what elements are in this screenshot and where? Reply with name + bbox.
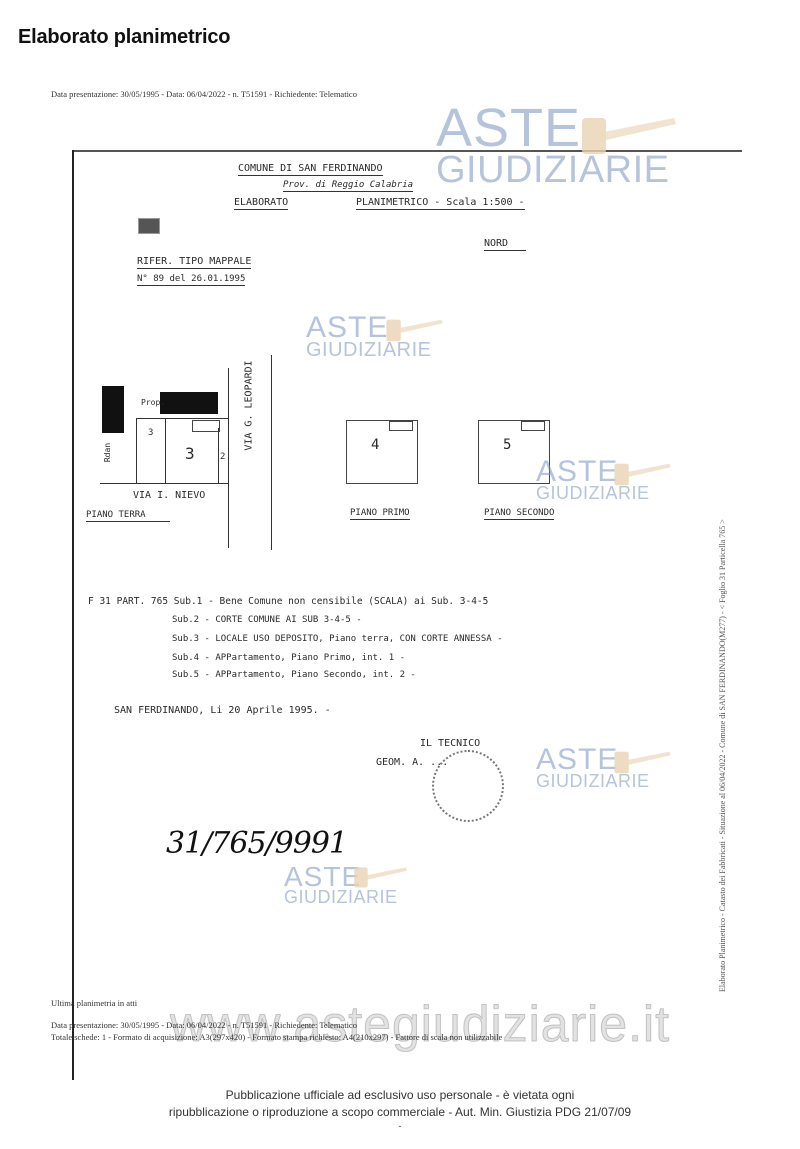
stairs-icon (521, 421, 545, 431)
provincia-line: Prov. di Reggio Calabria (283, 180, 413, 192)
page-title: Elaborato planimetrico (18, 26, 230, 49)
legend-sub3: Sub.3 - LOCALE USO DEPOSITO, Piano terra… (172, 634, 503, 644)
unit-5: 5 (503, 437, 511, 453)
comune-title: COMUNE DI SAN FERDINANDO (238, 163, 383, 176)
neighbor-block-left (102, 386, 124, 433)
side-caption: Elaborato Planimetrico - Catasto dei Fab… (718, 519, 727, 992)
via-leopardi-label: VIA G. LEOPARDI (244, 360, 255, 450)
first-floor-plan: 4 (346, 420, 418, 484)
label-rdan: Rdan (103, 443, 112, 462)
stamp-icon (138, 218, 160, 234)
footer-line-1: Pubblicazione ufficiale ad esclusivo uso… (0, 1087, 800, 1104)
unit-small-2: 2 (220, 452, 225, 462)
unit-small-3: 3 (148, 428, 153, 438)
gavel-icon (352, 864, 408, 892)
plan-line (136, 418, 228, 419)
street-line (271, 355, 272, 550)
header-info-line: Data presentazione: 30/05/1995 - Data: 0… (51, 89, 357, 99)
legend-sub4: Sub.4 - APPartamento, Piano Primo, int. … (172, 653, 405, 663)
place-date: SAN FERDINANDO, Li 20 Aprile 1995. - (114, 705, 331, 716)
tecnico-title: IL TECNICO (420, 738, 480, 749)
bottom-info-line-2: Totale schede: 1 - Formato di acquisizio… (51, 1032, 502, 1042)
frame-left-border (72, 150, 74, 1080)
neighbor-block-top (160, 392, 218, 414)
legend-sub2: Sub.2 - CORTE COMUNE AI SUB 3-4-5 - (172, 615, 362, 625)
gavel-icon (612, 748, 672, 778)
stairs-icon (192, 420, 220, 432)
stamp-seal (432, 750, 504, 822)
gavel-icon (384, 316, 444, 346)
gavel-icon (612, 460, 672, 490)
piano-terra-label: PIANO TERRA (86, 510, 170, 522)
street-line (228, 368, 229, 548)
footer-line-3: - (0, 1121, 800, 1131)
bottom-info-line-1: Data presentazione: 30/05/1995 - Data: 0… (51, 1020, 357, 1030)
footer-line-2: ripubblicazione o riproduzione a scopo c… (0, 1104, 800, 1121)
nord-label: NORD (484, 238, 526, 251)
plan-line (218, 428, 219, 484)
ultima-planimetria: Ultima planimetria in atti (51, 998, 137, 1008)
gavel-icon (578, 112, 678, 162)
rifer-line-1: RIFER. TIPO MAPPALE (137, 256, 251, 269)
footer-notice: Pubblicazione ufficiale ad esclusivo uso… (0, 1087, 800, 1131)
plan-line (165, 418, 166, 484)
elaborato-left: ELABORATO (234, 197, 288, 210)
rifer-line-2: N° 89 del 26.01.1995 (137, 274, 245, 286)
unit-4: 4 (371, 437, 379, 453)
elaborato-right: PLANIMETRICO - Scala 1:500 - (356, 197, 525, 210)
legend-sub1: F 31 PART. 765 Sub.1 - Bene Comune non c… (88, 596, 488, 607)
stairs-icon (389, 421, 413, 431)
plan-line (136, 418, 137, 484)
via-nievo-label: VIA I. NIEVO (133, 490, 205, 501)
unit-3: 3 (185, 444, 195, 463)
piano-secondo-label: PIANO SECONDO (484, 508, 554, 520)
legend-sub5: Sub.5 - APPartamento, Piano Secondo, int… (172, 670, 416, 680)
plan-line (100, 483, 228, 484)
ref-number: 31/765/9991 (166, 826, 347, 861)
piano-primo-label: PIANO PRIMO (350, 508, 410, 520)
label-prop: Prop. (141, 398, 165, 407)
